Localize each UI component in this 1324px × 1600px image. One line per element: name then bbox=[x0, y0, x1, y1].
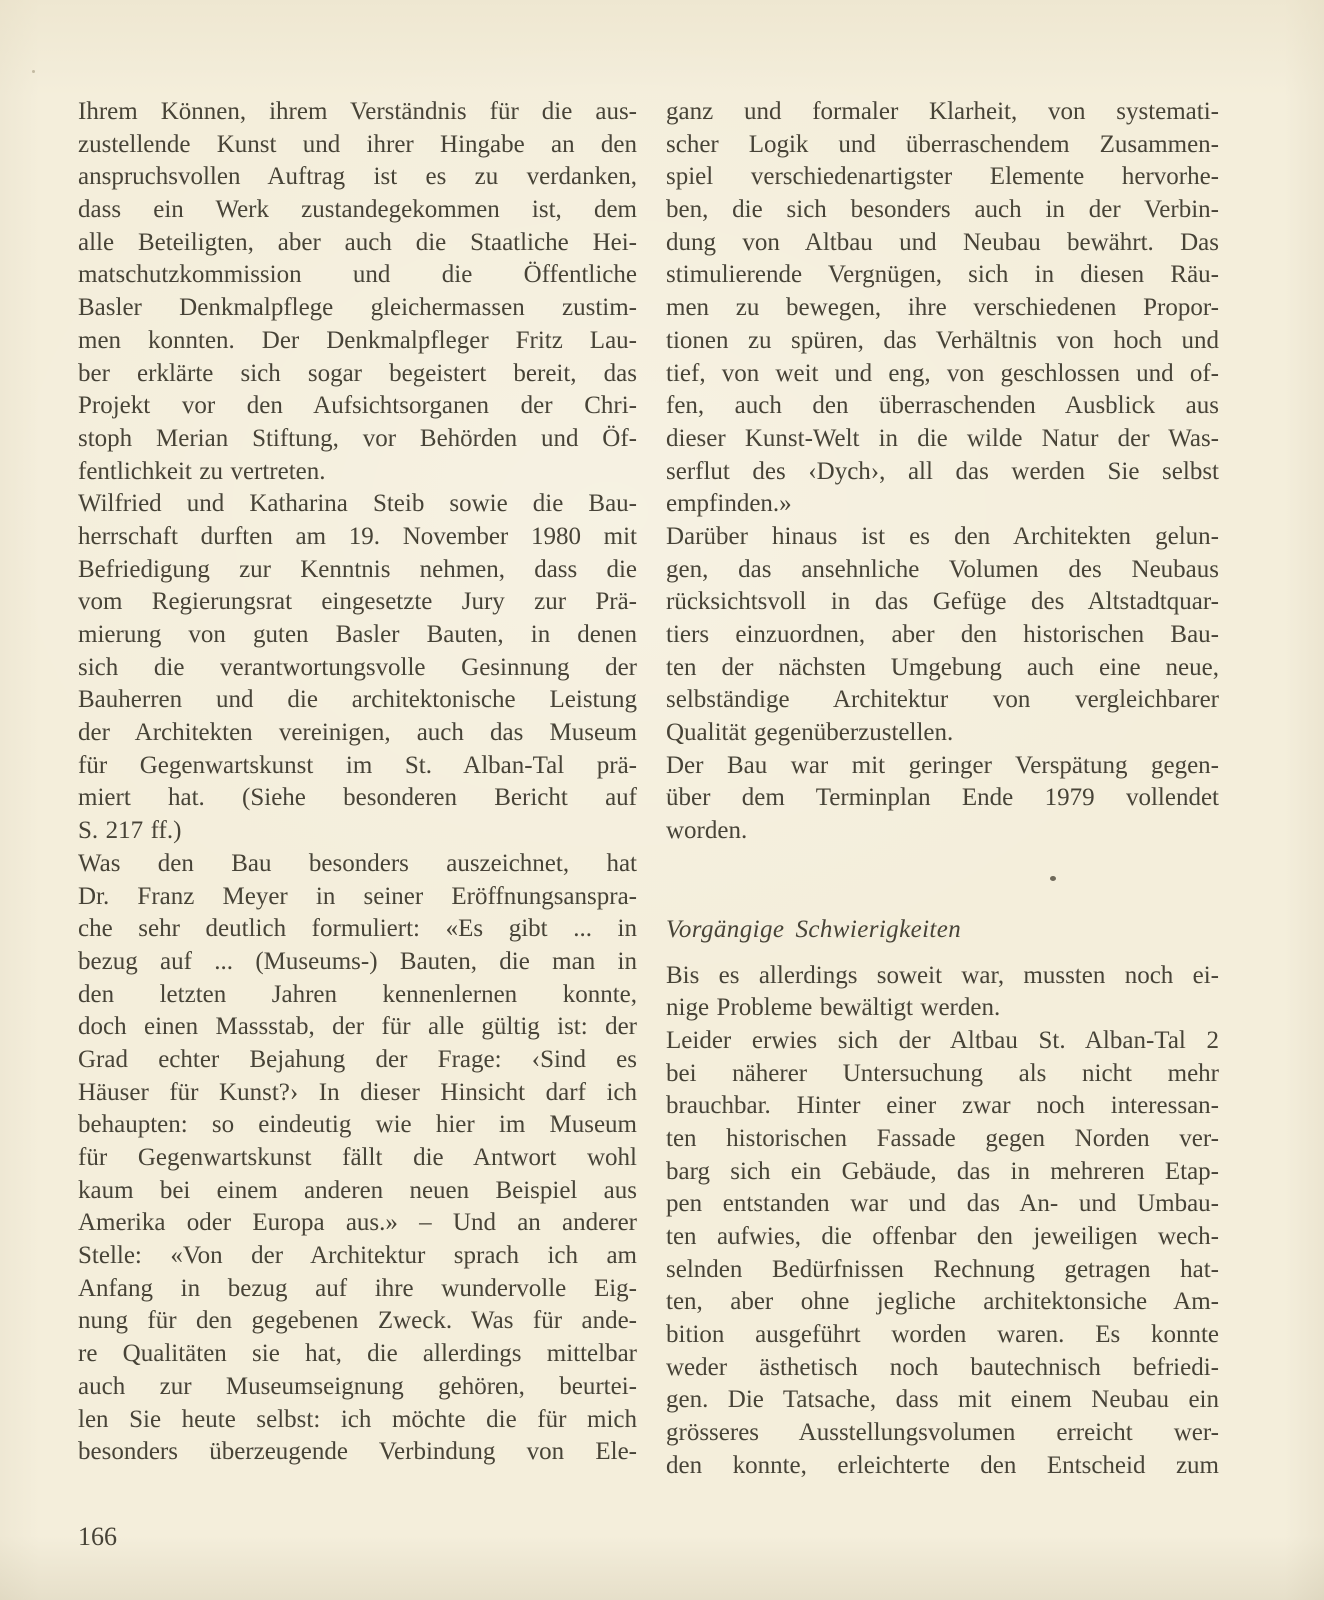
text-line: ten aufwies, die offenbar den jeweiligen… bbox=[666, 1221, 1219, 1254]
text-line: bezug auf ... (Museums-) Bauten, die man… bbox=[78, 946, 637, 979]
text-line: ber erklärte sich sogar begeistert berei… bbox=[78, 358, 637, 391]
text-line: empfinden.» bbox=[666, 488, 1219, 521]
text-line: tiers einzuordnen, aber den historischen… bbox=[666, 619, 1219, 652]
text-line: fen, auch den überraschenden Ausblick au… bbox=[666, 390, 1219, 423]
text-line: barg sich ein Gebäude, das in mehreren E… bbox=[666, 1156, 1219, 1189]
text-line: behaupten: so eindeutig wie hier im Muse… bbox=[78, 1109, 637, 1142]
text-line: anspruchsvollen Auftrag ist es zu verdan… bbox=[78, 161, 637, 194]
text-line: über dem Terminplan Ende 1979 vollendet bbox=[666, 782, 1219, 815]
text-line: ben, die sich besonders auch in der Verb… bbox=[666, 194, 1219, 227]
text-line: den letzten Jahren kennenlernen konnte, bbox=[78, 979, 637, 1012]
text-line: nung für den gegebenen Zweck. Was für an… bbox=[78, 1305, 637, 1338]
text-line: grösseres Ausstellungsvolumen erreicht w… bbox=[666, 1417, 1219, 1450]
text-line: Dr. Franz Meyer in seiner Eröffnungsansp… bbox=[78, 881, 637, 914]
text-line: fentlichkeit zu vertreten. bbox=[78, 456, 637, 489]
text-line: len Sie heute selbst: ich möchte die für… bbox=[78, 1404, 637, 1437]
text-line: selbständige Architektur von vergleichba… bbox=[666, 684, 1219, 717]
text-line: dung von Altbau und Neubau bewährt. Das bbox=[666, 227, 1219, 260]
text-line: Leider erwies sich der Altbau St. Alban-… bbox=[666, 1025, 1219, 1058]
text-line: ganz und formaler Klarheit, von systemat… bbox=[666, 96, 1219, 129]
text-line: stoph Merian Stiftung, vor Behörden und … bbox=[78, 423, 637, 456]
text-line: dieser Kunst-Welt in die wilde Natur der… bbox=[666, 423, 1219, 456]
text-line: mierung von guten Basler Bauten, in dene… bbox=[78, 619, 637, 652]
text-line: matschutzkommission und die Öffentliche bbox=[78, 259, 637, 292]
text-line: re Qualitäten sie hat, die allerdings mi… bbox=[78, 1338, 637, 1371]
text-line: che sehr deutlich formuliert: «Es gibt .… bbox=[78, 913, 637, 946]
text-line: S. 217 ff.) bbox=[78, 815, 637, 848]
text-line: für Gegenwartskunst im St. Alban-Tal prä… bbox=[78, 750, 637, 783]
text-line: auch zur Museumseignung gehören, beurtei… bbox=[78, 1371, 637, 1404]
text-line: rücksichtsvoll in das Gefüge des Altstad… bbox=[666, 586, 1219, 619]
text-line: selnden Bedürfnissen Rechnung getragen h… bbox=[666, 1254, 1219, 1287]
text-line: Häuser für Kunst?› In dieser Hinsicht da… bbox=[78, 1077, 637, 1110]
text-line: Basler Denkmalpflege gleichermassen zust… bbox=[78, 292, 637, 325]
text-line: besonders überzeugende Verbindung von El… bbox=[78, 1436, 637, 1469]
text-line: gen, das ansehnliche Volumen des Neubaus bbox=[666, 554, 1219, 587]
text-line: ten historischen Fassade gegen Norden ve… bbox=[666, 1123, 1219, 1156]
text-line: kaum bei einem anderen neuen Beispiel au… bbox=[78, 1175, 637, 1208]
ink-speck bbox=[32, 70, 35, 73]
text-line: Stelle: «Von der Architektur sprach ich … bbox=[78, 1240, 637, 1273]
text-line: ten der nächsten Umgebung auch eine neue… bbox=[666, 652, 1219, 685]
text-line: brauchbar. Hinter einer zwar noch intere… bbox=[666, 1090, 1219, 1123]
text-line: weder ästhetisch noch bautechnisch befri… bbox=[666, 1352, 1219, 1385]
text-line: bei näherer Untersuchung als nicht mehr bbox=[666, 1058, 1219, 1091]
text-line: gen. Die Tatsache, dass mit einem Neubau… bbox=[666, 1384, 1219, 1417]
text-line: für Gegenwartskunst fällt die Antwort wo… bbox=[78, 1142, 637, 1175]
left-text-column: Ihrem Können, ihrem Verständnis für die … bbox=[78, 96, 637, 1469]
text-line: alle Beteiligten, aber auch die Staatlic… bbox=[78, 227, 637, 260]
text-line: serflut des ‹Dych›, all das werden Sie s… bbox=[666, 456, 1219, 489]
text-line: Befriedigung zur Kenntnis nehmen, dass d… bbox=[78, 554, 637, 587]
text-line: spiel verschiedenartigster Elemente herv… bbox=[666, 161, 1219, 194]
text-line: den konnte, erleichterte den Entscheid z… bbox=[666, 1450, 1219, 1483]
page-number: 166 bbox=[78, 1521, 117, 1553]
text-line: Ihrem Können, ihrem Verständnis für die … bbox=[78, 96, 637, 129]
text-line: Projekt vor den Aufsichtsorganen der Chr… bbox=[78, 390, 637, 423]
text-line: der Architekten vereinigen, auch das Mus… bbox=[78, 717, 637, 750]
text-line: vom Regierungsrat eingesetzte Jury zur P… bbox=[78, 586, 637, 619]
text-line: Bis es allerdings soweit war, mussten no… bbox=[666, 960, 1219, 993]
text-line: zustellende Kunst und ihrer Hingabe an d… bbox=[78, 129, 637, 162]
text-line: nige Probleme bewältigt werden. bbox=[666, 992, 1219, 1025]
text-line: miert hat. (Siehe besonderen Bericht auf bbox=[78, 782, 637, 815]
book-page: Ihrem Können, ihrem Verständnis für die … bbox=[0, 0, 1324, 1600]
text-line: Darüber hinaus ist es den Architekten ge… bbox=[666, 521, 1219, 554]
text-line: doch einen Massstab, der für alle gültig… bbox=[78, 1011, 637, 1044]
right-text-column: ganz und formaler Klarheit, von systemat… bbox=[666, 96, 1219, 1483]
text-line: men konnten. Der Denkmalpfleger Fritz La… bbox=[78, 325, 637, 358]
text-line: dass ein Werk zustandegekommen ist, dem bbox=[78, 194, 637, 227]
text-line: Bauherren und die architektonische Leist… bbox=[78, 684, 637, 717]
text-line: Wilfried und Katharina Steib sowie die B… bbox=[78, 488, 637, 521]
text-line: Anfang in bezug auf ihre wundervolle Eig… bbox=[78, 1273, 637, 1306]
text-line: Was den Bau besonders auszeichnet, hat bbox=[78, 848, 637, 881]
text-line: Der Bau war mit geringer Verspätung gege… bbox=[666, 750, 1219, 783]
ink-speck bbox=[1050, 876, 1056, 881]
text-line: scher Logik und überraschendem Zusammen- bbox=[666, 129, 1219, 162]
text-line: men zu bewegen, ihre verschiedenen Propo… bbox=[666, 292, 1219, 325]
text-line: worden. bbox=[666, 815, 1219, 848]
section-heading: Vorgängige Schwierigkeiten bbox=[666, 914, 1219, 947]
text-line: pen entstanden war und das An- und Umbau… bbox=[666, 1188, 1219, 1221]
text-line: Amerika oder Europa aus.» – Und an ander… bbox=[78, 1207, 637, 1240]
text-line: tionen zu spüren, das Verhältnis von hoc… bbox=[666, 325, 1219, 358]
text-line: herrschaft durften am 19. November 1980 … bbox=[78, 521, 637, 554]
text-line: tief, von weit und eng, von geschlossen … bbox=[666, 358, 1219, 391]
text-line: Grad echter Bejahung der Frage: ‹Sind es bbox=[78, 1044, 637, 1077]
text-line: ten, aber ohne jegliche architektonsiche… bbox=[666, 1286, 1219, 1319]
text-line: Qualität gegenüberzustellen. bbox=[666, 717, 1219, 750]
text-line: bition ausgeführt worden waren. Es konnt… bbox=[666, 1319, 1219, 1352]
text-line: sich die verantwortungsvolle Gesinnung d… bbox=[78, 652, 637, 685]
text-line: stimulierende Vergnügen, sich in diesen … bbox=[666, 259, 1219, 292]
